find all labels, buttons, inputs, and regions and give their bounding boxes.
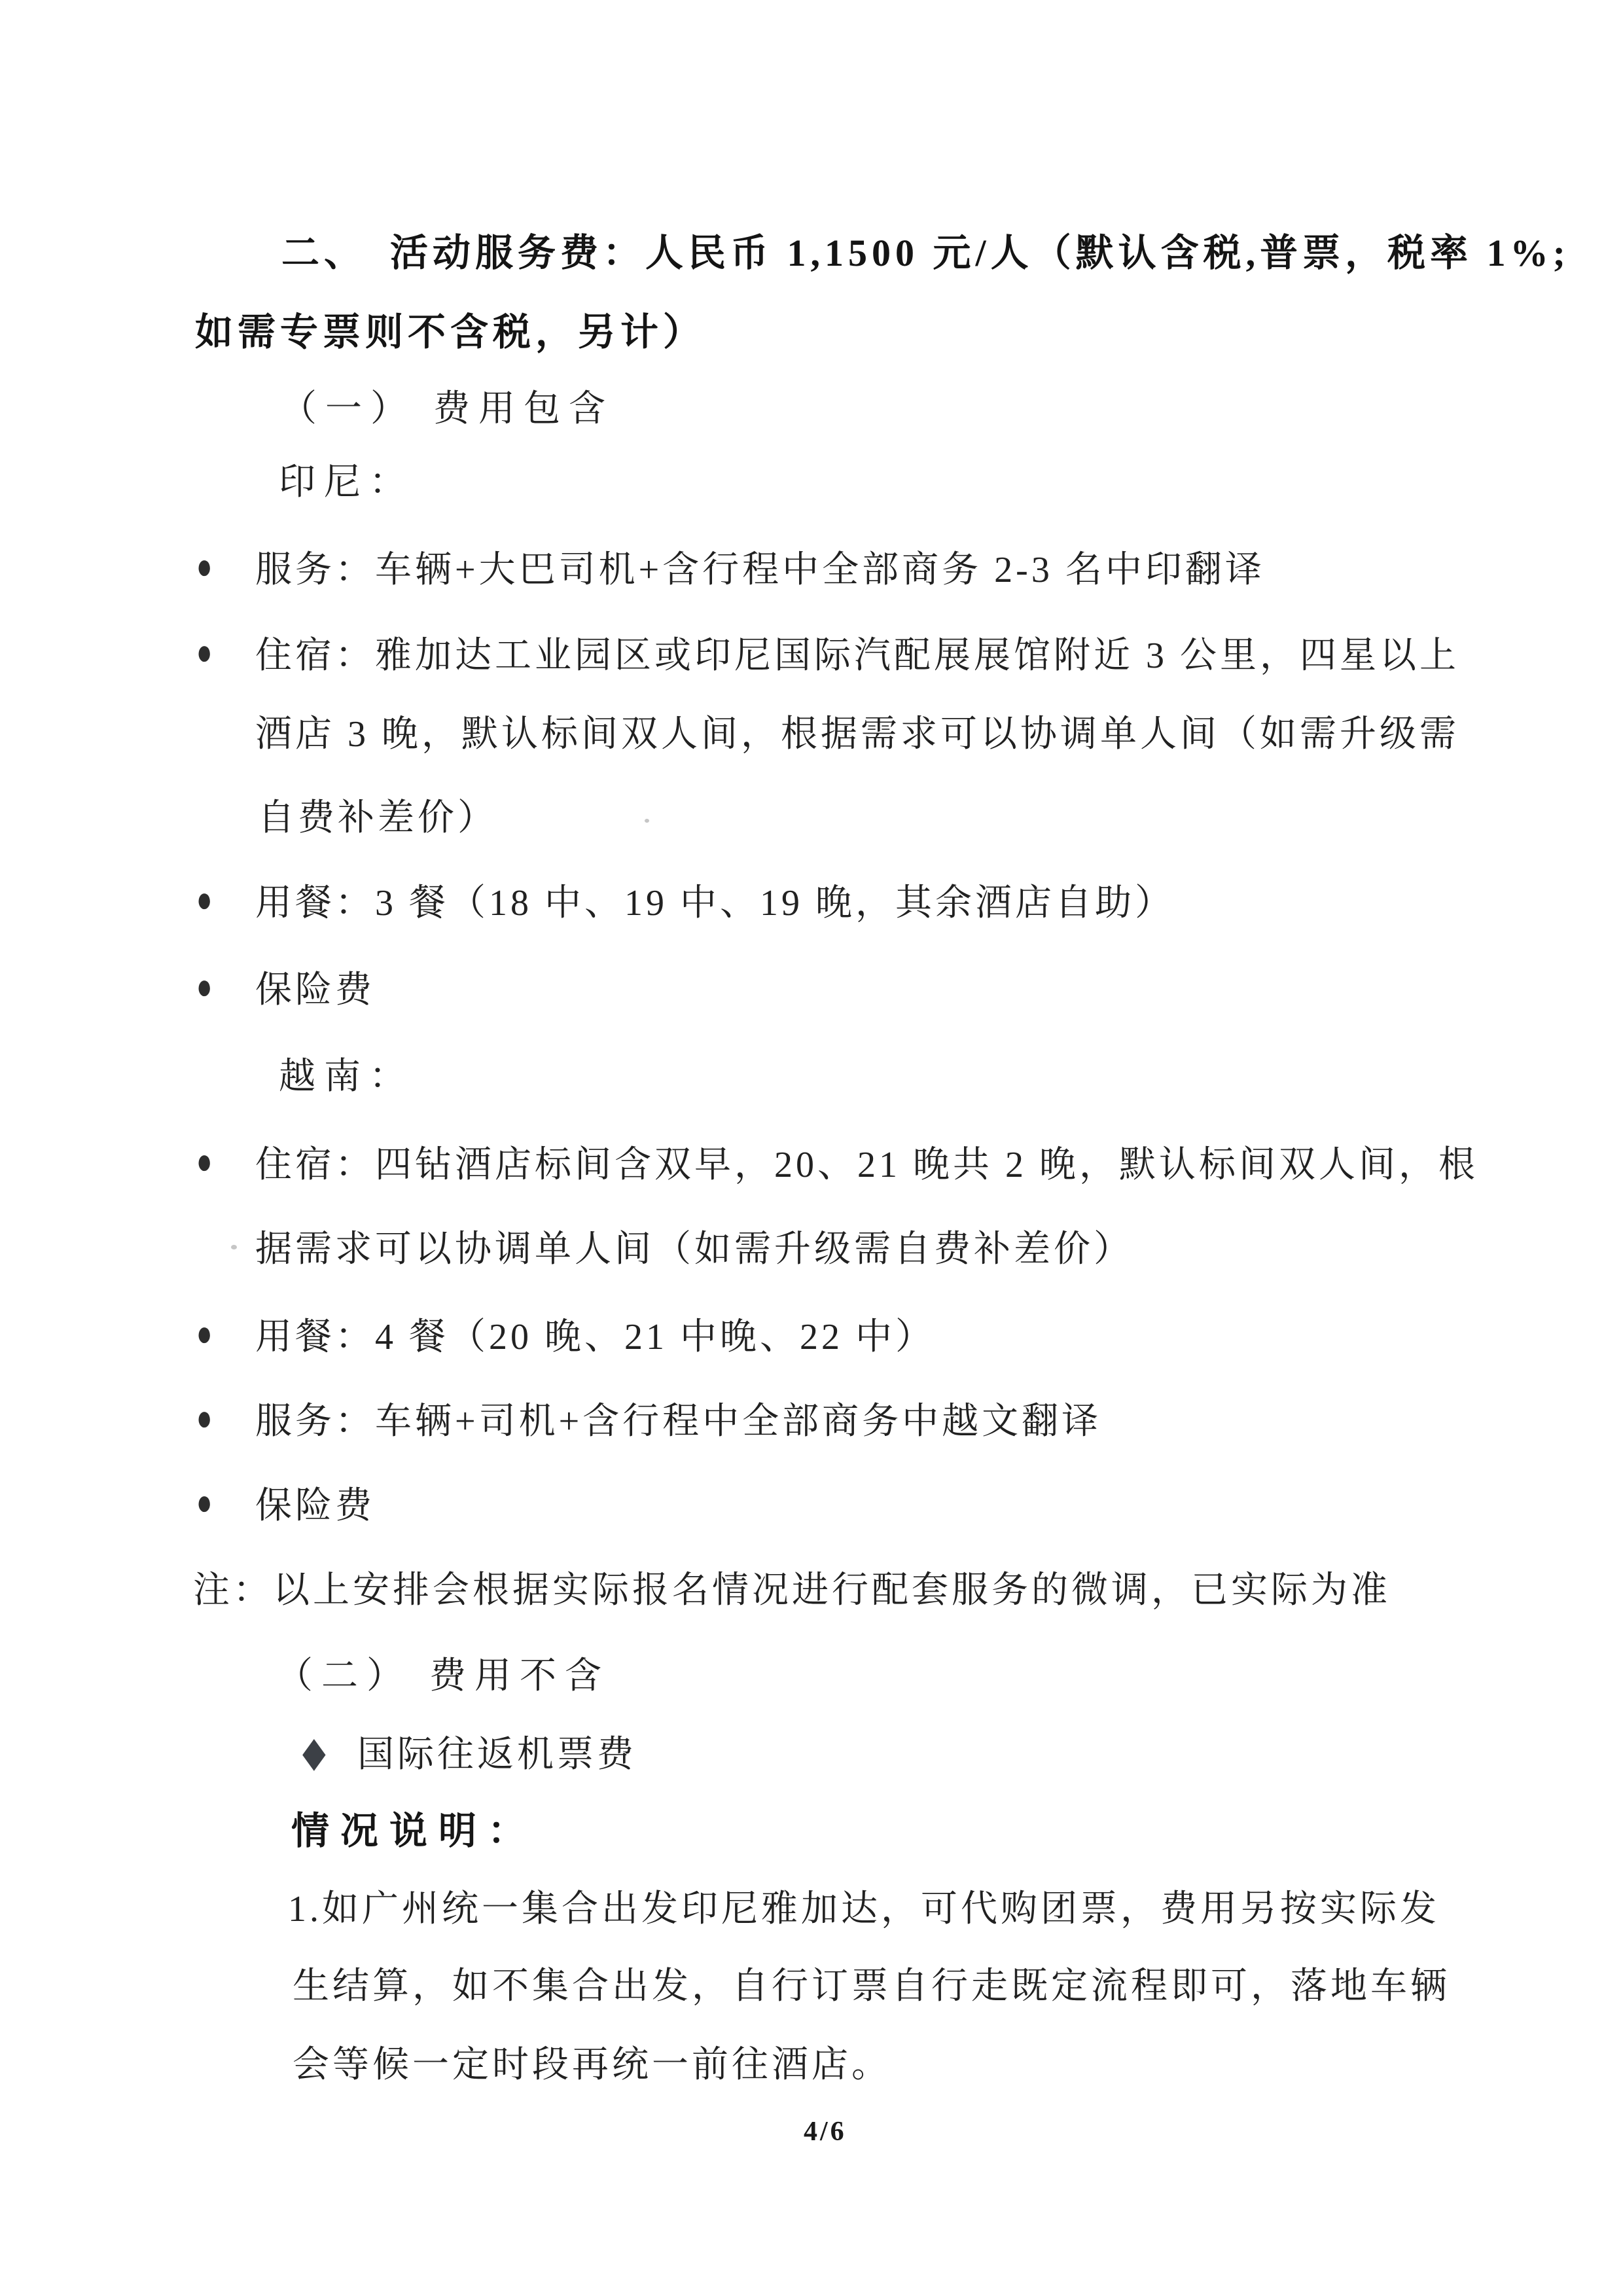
document-page: 二、 活动服务费：人民币 1,1500 元/人（默认含税,普票，税率 1%; 如… [0,0,1623,2296]
bullet-icon: ● [196,879,239,921]
list-item-vn-hotel: ● 住宿：四钻酒店标间含双早，20、21 晚共 2 晚，默认标间双人间，根 [196,1121,1478,1202]
note-line: 注：以上安排会根据实际报名情况进行配套服务的微调，已实际为准 [193,1547,1391,1628]
bullet-icon: ● [196,1397,239,1439]
list-item-vn-hotel-cont: 据需求可以协调单人间（如需升级需自费补差价） [255,1206,1133,1287]
page-number: 4/6 [804,2111,847,2152]
list-item-text: 国际往返机票费 [357,1725,637,1778]
bullet-icon: ● [196,1482,239,1524]
list-item-id-service: ● 服务：车辆+大巴司机+含行程中全部商务 2-3 名中印翻译 [196,526,1265,607]
list-item-id-insurance: ● 保险费 [196,946,375,1028]
scan-speck [231,1245,237,1249]
list-item-vn-insurance: ● 保险费 [196,1462,375,1543]
list-item-id-hotel-cont-2: 自费补差价） [258,774,497,855]
bullet-icon: ● [196,1313,239,1355]
scan-speck [645,819,649,823]
list-item-text: 保险费 [255,1477,375,1529]
list-item-vn-meals: ● 用餐：4 餐（20 晚、21 中晚、22 中） [196,1293,935,1374]
situation-heading: 情况说明： [291,1787,537,1868]
bullet-icon: ● [196,1141,239,1183]
list-item-vn-service: ● 服务：车辆+司机+含行程中全部商务中越文翻译 [196,1378,1101,1459]
situation-para-line-1: 1.如广州统一集合出发印尼雅加达，可代购团票，费用另按实际发 [288,1865,1440,1946]
bullet-icon: ● [196,632,239,673]
country-label-indonesia: 印尼： [279,439,414,520]
list-item-text: 服务：车辆+大巴司机+含行程中全部商务 2-3 名中印翻译 [255,541,1265,593]
situation-para-line-3: 会等候一定时段再统一前往酒店。 [293,2021,891,2102]
list-item-text: 住宿：雅加达工业园区或印尼国际汽配展展馆附近 3 公里，四星以上 [255,626,1459,679]
list-item-text: 服务：车辆+司机+含行程中全部商务中越文翻译 [255,1392,1101,1444]
country-label-vietnam: 越南： [279,1033,414,1114]
diamond-icon: ◆ [302,1727,346,1776]
list-item-text: 住宿：四钻酒店标间含双早，20、21 晚共 2 晚，默认标间双人间，根 [255,1136,1478,1188]
list-item-text: 保险费 [255,961,375,1013]
bullet-icon: ● [196,966,239,1008]
list-item-text: 用餐：4 餐（20 晚、21 中晚、22 中） [255,1308,935,1360]
list-item-text: 用餐：3 餐（18 中、19 中、19 晚，其余酒店自助） [255,874,1175,926]
bullet-icon: ● [196,546,239,588]
list-item-id-meals: ● 用餐：3 餐（18 中、19 中、19 晚，其余酒店自助） [196,859,1175,941]
section-include-heading: （一） 费用包含 [280,365,614,446]
list-item-id-hotel-cont-1: 酒店 3 晚，默认标间双人间，根据需求可以协调单人间（如需升级需 [255,691,1459,772]
section-exclude-heading: （二） 费用不含 [276,1632,610,1713]
title-line-1: 二、 活动服务费：人民币 1,1500 元/人（默认含税,普票，税率 1%; [281,209,1570,290]
list-item-flight: ◆ 国际往返机票费 [302,1711,637,1792]
title-line-2: 如需专票则不含税，另计） [195,288,705,369]
list-item-id-hotel: ● 住宿：雅加达工业园区或印尼国际汽配展展馆附近 3 公里，四星以上 [196,612,1459,693]
situation-para-line-2: 生结算，如不集合出发，自行订票自行走既定流程即可，落地车辆 [293,1943,1450,2024]
